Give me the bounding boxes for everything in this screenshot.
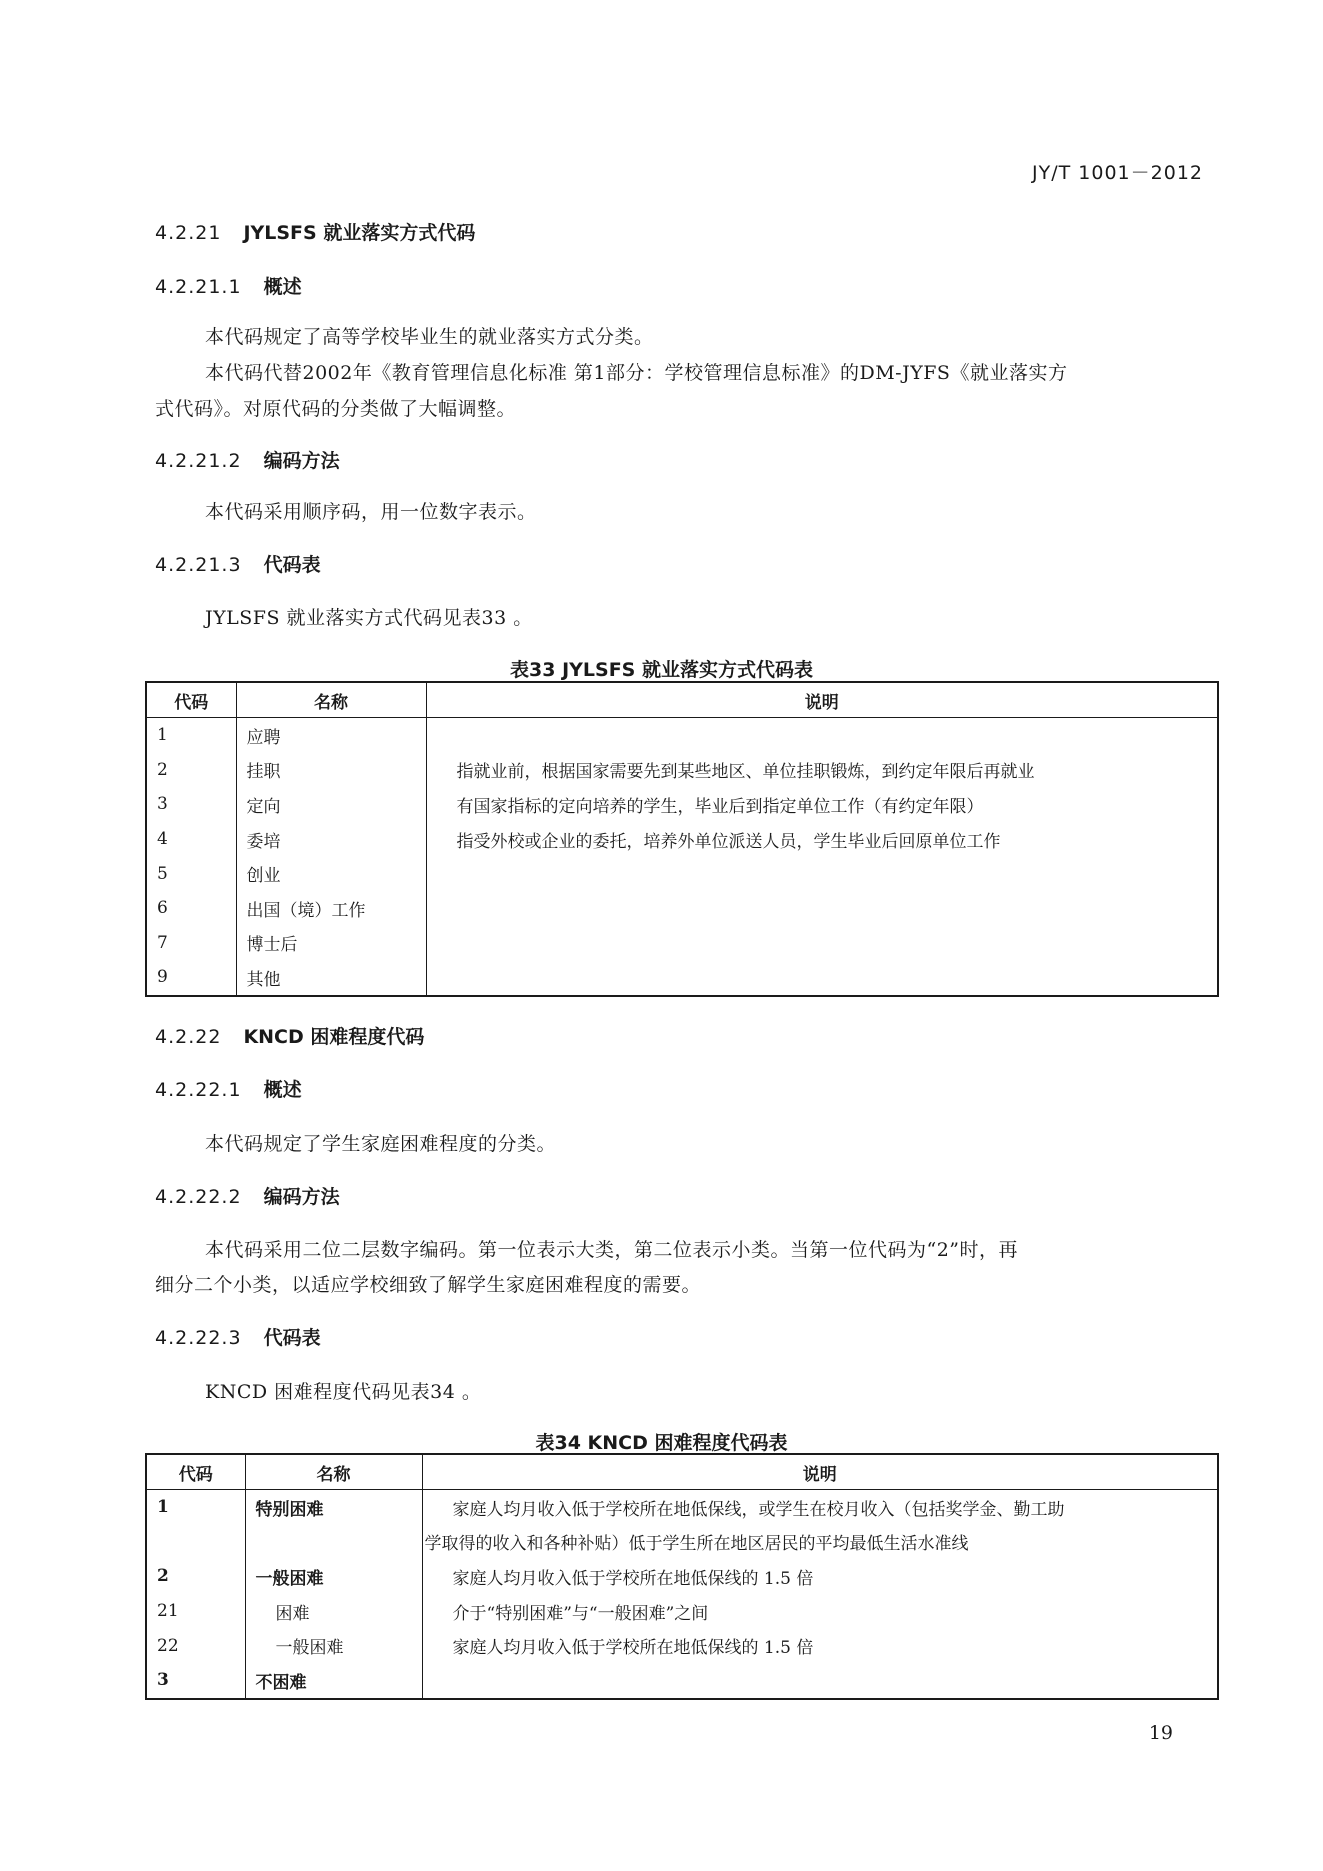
table-header-row: 代码 名称 说明 xyxy=(146,1454,1218,1490)
cell-name: 定向 xyxy=(236,787,426,822)
section-title: KNCD 困难程度代码 xyxy=(243,1026,424,1048)
table-row: 5创业 xyxy=(146,856,1218,891)
section-number: 4.2.22 xyxy=(155,1026,221,1048)
paragraph: 本代码采用二位二层数字编码。第一位表示大类，第二位表示小类。当第一位代码为“2”… xyxy=(205,1235,1018,1262)
section-heading-4-2-21-3: 4.2.21.3代码表 xyxy=(155,550,321,577)
section-number: 4.2.21 xyxy=(155,222,221,244)
cell-name: 博士后 xyxy=(236,926,426,961)
section-heading-4-2-22: 4.2.22KNCD 困难程度代码 xyxy=(155,1022,424,1049)
section-number: 4.2.22.3 xyxy=(155,1327,242,1349)
cell-description xyxy=(426,718,1218,753)
cell-name: 委培 xyxy=(236,822,426,857)
cell-name: 不困难 xyxy=(245,1663,422,1699)
table-row: 22一般困难家庭人均月收入低于学校所在地低保线的 1.5 倍 xyxy=(146,1628,1218,1663)
paragraph-continuation: 细分二个小类，以适应学校细致了解学生家庭困难程度的需要。 xyxy=(155,1270,701,1297)
cell-name: 挂职 xyxy=(236,753,426,788)
cell-code: 3 xyxy=(146,1663,245,1699)
table-row: 3定向有国家指标的定向培养的学生，毕业后到指定单位工作（有约定年限） xyxy=(146,787,1218,822)
section-title: 概述 xyxy=(264,276,302,298)
table-row: 7博士后 xyxy=(146,926,1218,961)
table-row: 4委培指受外校或企业的委托，培养外单位派送人员，学生毕业后回原单位工作 xyxy=(146,822,1218,857)
standard-code: JY/T 1001－2012 xyxy=(1032,158,1203,185)
section-number: 4.2.22.2 xyxy=(155,1186,242,1208)
cell-description: 介于“特别困难”与“一般困难”之间 xyxy=(422,1594,1218,1629)
cell-code: 7 xyxy=(146,926,236,961)
paragraph: 本代码代替2002年《教育管理信息化标准 第1部分：学校管理信息标准》的DM-J… xyxy=(205,358,1067,385)
table-caption: 表34 KNCD 困难程度代码表 xyxy=(0,1428,1323,1455)
cell-description: 家庭人均月收入低于学校所在地低保线的 1.5 倍 xyxy=(422,1628,1218,1663)
cell-description xyxy=(426,856,1218,891)
table-header-row: 代码 名称 说明 xyxy=(146,682,1218,718)
table-row: 1应聘 xyxy=(146,718,1218,753)
column-header-name: 名称 xyxy=(245,1454,422,1490)
cell-code: 6 xyxy=(146,891,236,926)
cell-description: 家庭人均月收入低于学校所在地低保线，或学生在校月收入（包括奖学金、勤工助 xyxy=(422,1490,1218,1525)
cell-description xyxy=(426,960,1218,996)
cell-code: 1 xyxy=(146,718,236,753)
cell-code: 1 xyxy=(146,1490,245,1525)
cell-code: 9 xyxy=(146,960,236,996)
paragraph: JYLSFS 就业落实方式代码见表33 。 xyxy=(205,603,533,630)
cell-description xyxy=(426,891,1218,926)
table-row: 9其他 xyxy=(146,960,1218,996)
cell-code: 22 xyxy=(146,1628,245,1663)
section-title: 代码表 xyxy=(264,1327,321,1349)
cell-name: 应聘 xyxy=(236,718,426,753)
paragraph-continuation: 式代码》。对原代码的分类做了大幅调整。 xyxy=(155,394,516,421)
cell-description: 家庭人均月收入低于学校所在地低保线的 1.5 倍 xyxy=(422,1559,1218,1594)
paragraph: 本代码采用顺序码，用一位数字表示。 xyxy=(205,497,537,524)
table-row: 6出国（境）工作 xyxy=(146,891,1218,926)
cell-description xyxy=(422,1663,1218,1699)
section-title: 概述 xyxy=(264,1079,302,1101)
cell-name: 一般困难 xyxy=(245,1559,422,1594)
column-header-name: 名称 xyxy=(236,682,426,718)
paragraph: 本代码规定了学生家庭困难程度的分类。 xyxy=(205,1129,556,1156)
cell-description: 指就业前，根据国家需要先到某些地区、单位挂职锻炼，到约定年限后再就业 xyxy=(426,753,1218,788)
table-row: 21困难介于“特别困难”与“一般困难”之间 xyxy=(146,1594,1218,1629)
section-heading-4-2-21-2: 4.2.21.2编码方法 xyxy=(155,446,340,473)
cell-name: 困难 xyxy=(245,1594,422,1629)
section-number: 4.2.21.3 xyxy=(155,554,242,576)
table-row: 2挂职指就业前，根据国家需要先到某些地区、单位挂职锻炼，到约定年限后再就业 xyxy=(146,753,1218,788)
section-heading-4-2-21-1: 4.2.21.1概述 xyxy=(155,272,302,299)
section-title: JYLSFS 就业落实方式代码 xyxy=(243,222,475,244)
cell-code xyxy=(146,1525,245,1560)
section-title: 代码表 xyxy=(264,554,321,576)
section-number: 4.2.21.2 xyxy=(155,450,242,472)
page-number: 19 xyxy=(1149,1722,1173,1744)
cell-description: 学取得的收入和各种补贴）低于学生所在地区居民的平均最低生活水准线 xyxy=(422,1525,1218,1560)
cell-code: 5 xyxy=(146,856,236,891)
cell-code: 2 xyxy=(146,753,236,788)
table-row: 2一般困难家庭人均月收入低于学校所在地低保线的 1.5 倍 xyxy=(146,1559,1218,1594)
column-header-description: 说明 xyxy=(426,682,1218,718)
cell-name: 出国（境）工作 xyxy=(236,891,426,926)
cell-name: 特别困难 xyxy=(245,1490,422,1525)
cell-name: 创业 xyxy=(236,856,426,891)
cell-code: 21 xyxy=(146,1594,245,1629)
cell-name: 其他 xyxy=(236,960,426,996)
cell-description xyxy=(426,926,1218,961)
column-header-code: 代码 xyxy=(146,1454,245,1490)
cell-description: 指受外校或企业的委托，培养外单位派送人员，学生毕业后回原单位工作 xyxy=(426,822,1218,857)
section-number: 4.2.22.1 xyxy=(155,1079,242,1101)
section-number: 4.2.21.1 xyxy=(155,276,242,298)
section-heading-4-2-22-2: 4.2.22.2编码方法 xyxy=(155,1182,340,1209)
cell-name xyxy=(245,1525,422,1560)
cell-description: 有国家指标的定向培养的学生，毕业后到指定单位工作（有约定年限） xyxy=(426,787,1218,822)
cell-code: 3 xyxy=(146,787,236,822)
section-heading-4-2-21: 4.2.21JYLSFS 就业落实方式代码 xyxy=(155,218,475,245)
code-table-34: 代码 名称 说明 1特别困难家庭人均月收入低于学校所在地低保线，或学生在校月收入… xyxy=(145,1453,1219,1700)
paragraph: KNCD 困难程度代码见表34 。 xyxy=(205,1377,481,1404)
section-title: 编码方法 xyxy=(264,450,340,472)
code-table-33: 代码 名称 说明 1应聘 2挂职指就业前，根据国家需要先到某些地区、单位挂职锻炼… xyxy=(145,681,1219,997)
column-header-code: 代码 xyxy=(146,682,236,718)
table-row: 3不困难 xyxy=(146,1663,1218,1699)
column-header-description: 说明 xyxy=(422,1454,1218,1490)
section-heading-4-2-22-1: 4.2.22.1概述 xyxy=(155,1075,302,1102)
table-row: 1特别困难家庭人均月收入低于学校所在地低保线，或学生在校月收入（包括奖学金、勤工… xyxy=(146,1490,1218,1525)
paragraph: 本代码规定了高等学校毕业生的就业落实方式分类。 xyxy=(205,322,654,349)
cell-code: 2 xyxy=(146,1559,245,1594)
section-title: 编码方法 xyxy=(264,1186,340,1208)
table-row: 学取得的收入和各种补贴）低于学生所在地区居民的平均最低生活水准线 xyxy=(146,1525,1218,1560)
section-heading-4-2-22-3: 4.2.22.3代码表 xyxy=(155,1323,321,1350)
cell-name: 一般困难 xyxy=(245,1628,422,1663)
cell-code: 4 xyxy=(146,822,236,857)
table-caption: 表33 JYLSFS 就业落实方式代码表 xyxy=(0,655,1323,682)
